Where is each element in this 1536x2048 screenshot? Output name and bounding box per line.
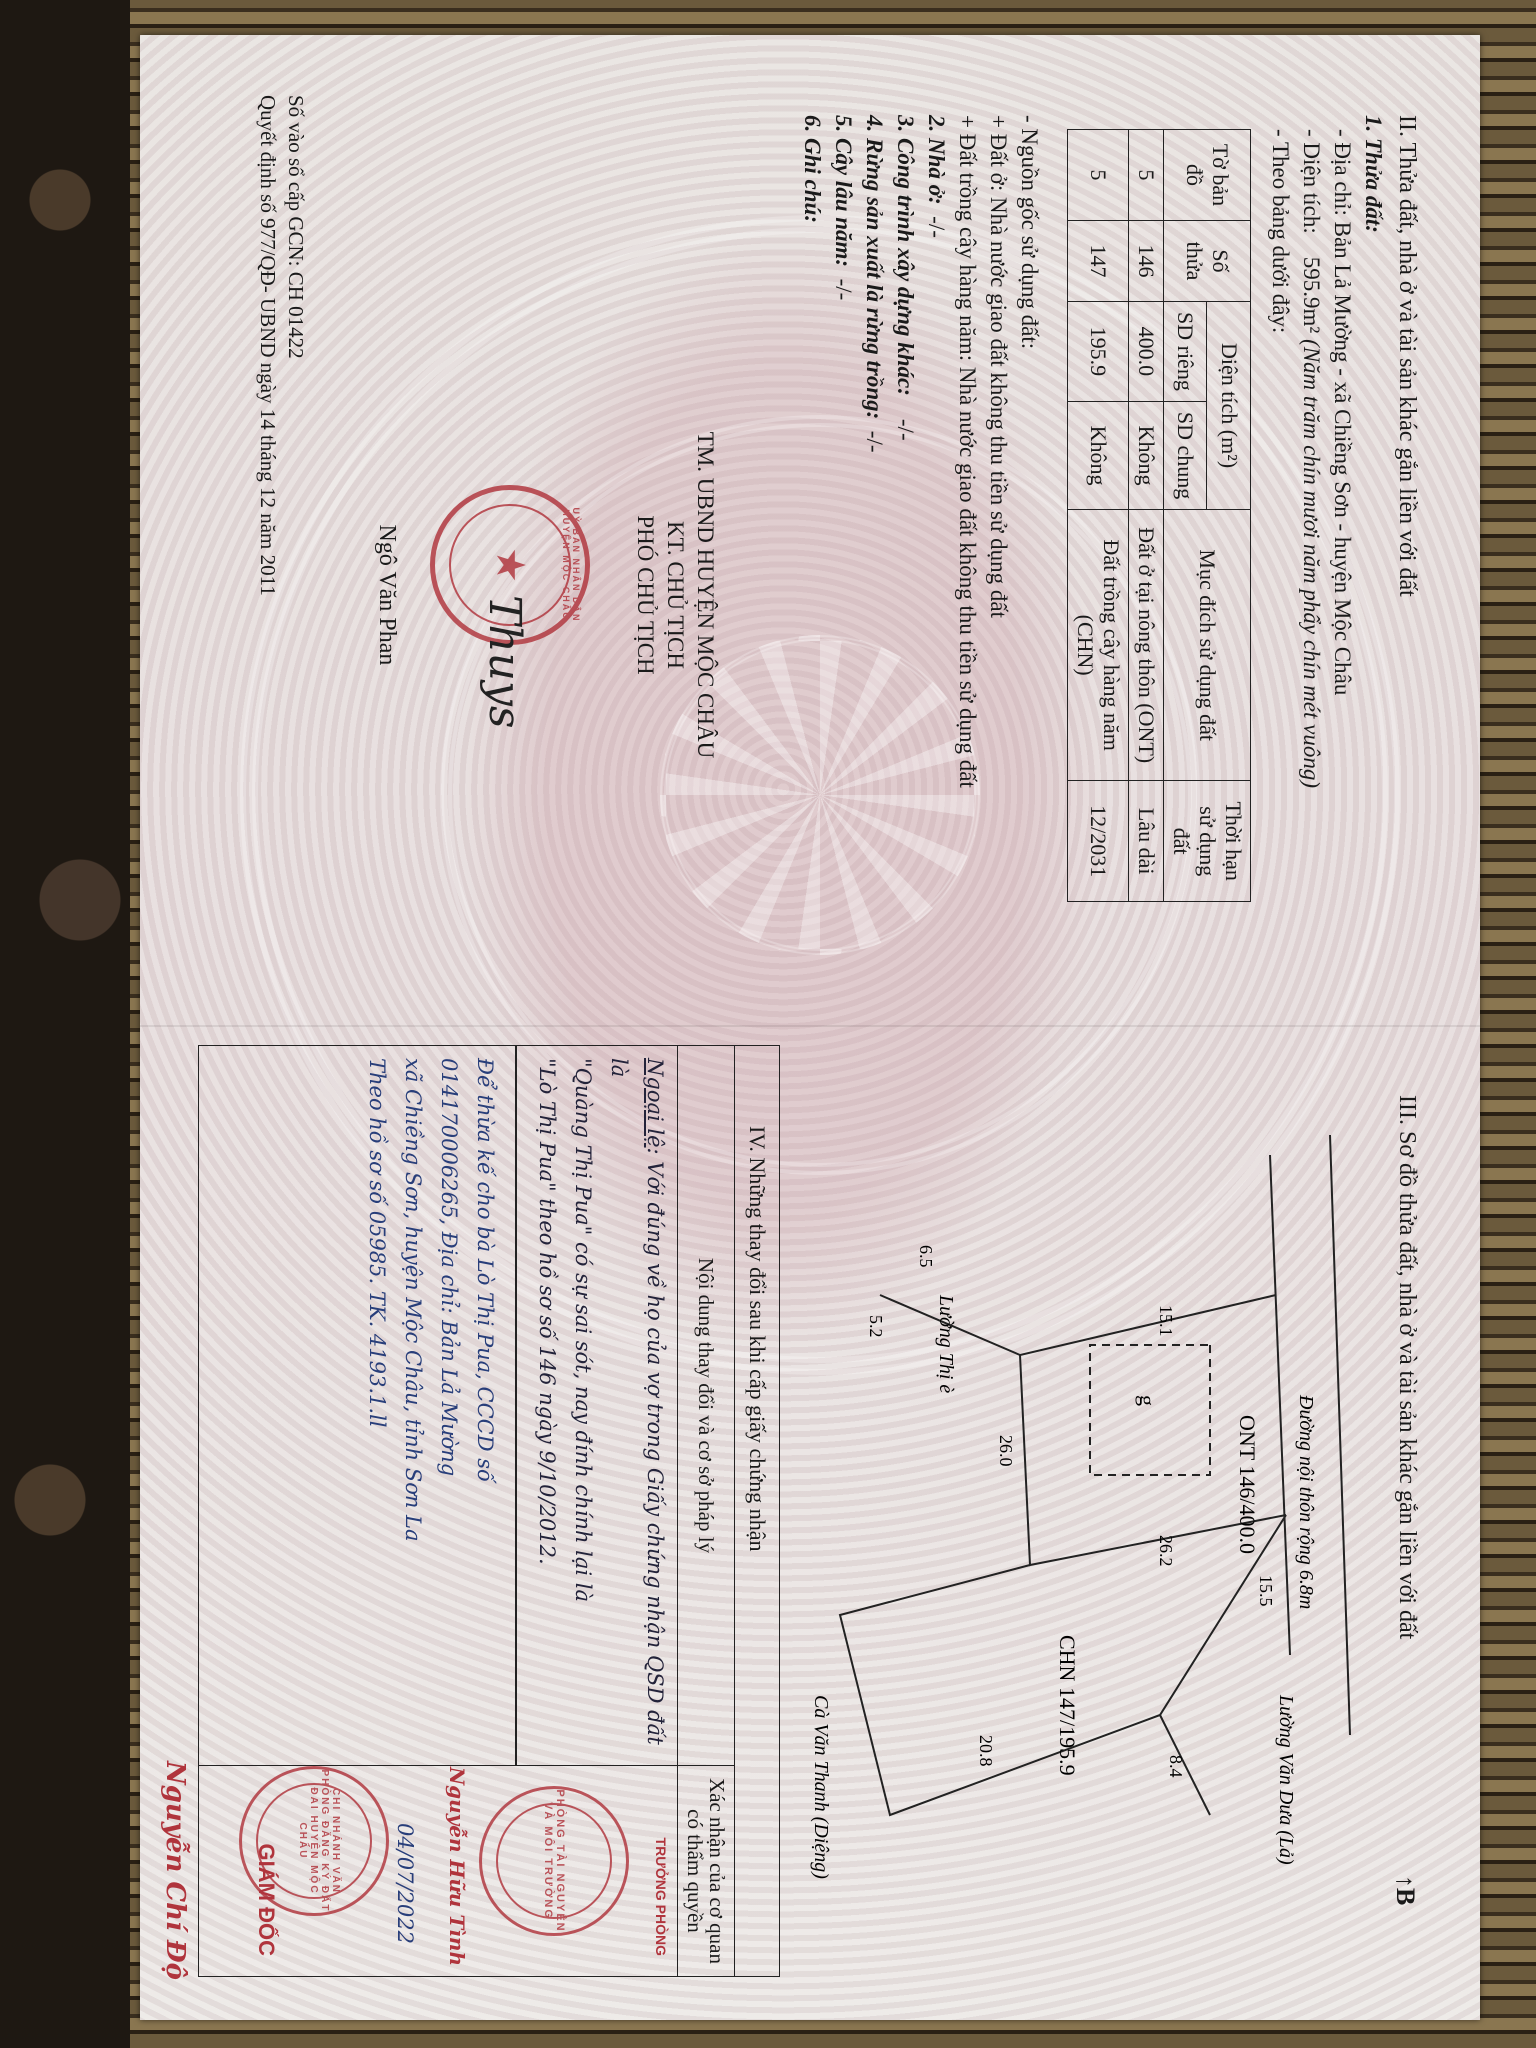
header-term: Thời hạn sử dụng đất	[1164, 781, 1251, 902]
table-intro: - Theo bảng dưới đây:	[1265, 115, 1296, 995]
parcel-diagram: g Đường nội thôn rộng 6.8m Lường Thị è L…	[800, 1095, 1360, 1975]
sign-on-behalf: KT. CHỦ TỊCH	[660, 385, 690, 805]
entry-prefix: Ngoại lệ	[643, 1058, 667, 1148]
entry-divider	[516, 1046, 518, 1765]
cell-map-sheet: 5	[1129, 130, 1164, 221]
section-iv: IV. Những thay đổi sau khi cấp giấy chứn…	[198, 1045, 780, 1977]
carpet-background	[0, 0, 150, 2048]
cell-common-use: Không	[1068, 401, 1129, 509]
stamp-text: PHÒNG TÀI NGUYÊN VÀ MÔI TRƯỜNG	[542, 1789, 566, 1933]
neighbor-top: Lường Thị è	[935, 1294, 957, 1393]
item-label: 2. Nhà ở:	[924, 115, 949, 205]
decision-ref: Quyết định số 977/QĐ- UBND ngày 14 tháng…	[254, 95, 282, 596]
north-label: B	[1391, 1888, 1420, 1905]
header-private-use: SD riêng	[1164, 302, 1208, 402]
signer-name: Ngô Văn Phan	[373, 385, 400, 805]
confirm1-signer: Nguyễn Hữu Tình	[445, 1767, 469, 1966]
svg-text:15.5: 15.5	[1256, 1575, 1276, 1607]
address-value: Bản Lả Mường - xã Chiềng Sơn - huyện Mộc…	[1330, 222, 1355, 696]
svg-text:6.5: 6.5	[916, 1245, 936, 1268]
section-iii-title: III. Sơ đồ thửa đất, nhà ở và tài sản kh…	[1393, 1095, 1420, 1975]
header-area: Diện tích (m²)	[1207, 302, 1251, 510]
confirm2-office: GIÁM ĐỐC	[253, 1844, 279, 1956]
cell-term: Lâu dài	[1129, 781, 1164, 902]
parcel-146-label: ONT 146/400.0	[1235, 1415, 1260, 1554]
section-iii: III. Sơ đồ thửa đất, nhà ở và tài sản kh…	[1389, 1095, 1420, 1975]
area-line: - Diện tích: 595.9m² (Năm trăm chín mươi…	[1296, 115, 1327, 995]
entry-line: "Quàng Thị Pua" có sự sai sót, nay đính …	[571, 1058, 595, 1602]
column-content-header: Nội dung thay đổi và cơ sở pháp lý	[678, 1046, 734, 1766]
item-label: 4. Rừng sản xuất là rừng trồng:	[862, 115, 887, 419]
parcel-diagram-svg: g Đường nội thôn rộng 6.8m Lường Thị è L…	[800, 1095, 1360, 1975]
change-entry-2: Để thừa kế cho bà Lò Thị Pua, CCCD số 01…	[354, 1046, 510, 1765]
item-label: 6. Ghi chú:	[800, 115, 825, 223]
svg-text:20.8: 20.8	[976, 1735, 996, 1767]
confirm1-office: TRƯỞNG PHÒNG	[653, 1838, 669, 1956]
entry-line: 014170006265, Địa chỉ: Bản Lả Mường	[438, 1058, 462, 1476]
sign-org: TM. UBND HUYỆN MỘC CHÂU	[690, 385, 720, 805]
registry-info: Số vào sổ cấp GCN: CH 01422 Quyết định s…	[254, 95, 310, 596]
changes-content: Ngoại lệ: Với đúng về họ của vợ trong Gi…	[199, 1046, 679, 1766]
column-confirm-header: Xác nhận của cơ quan có thẩm quyền	[678, 1766, 734, 1976]
section-iv-title: IV. Những thay đổi sau khi cấp giấy chứn…	[734, 1046, 779, 1976]
address-line: - Địa chỉ: Bản Lả Mường - xã Chiềng Sơn …	[1327, 115, 1358, 995]
table-row: 5 147 195.9 Không Đất trồng cây hàng năm…	[1068, 130, 1129, 902]
origin-line: + Đất trồng cây hàng năm: Nhà nước giao …	[952, 115, 983, 995]
signature-block: TM. UBND HUYỆN MỘC CHÂU KT. CHỦ TỊCH PHÓ…	[630, 385, 720, 805]
cell-parcel-no: 147	[1068, 221, 1129, 302]
header-parcel-no: Số thửa	[1164, 221, 1251, 302]
entry-line: Theo hồ sơ số 05985. TK. 4193.1.ll	[366, 1058, 390, 1428]
svg-text:5.2: 5.2	[866, 1315, 886, 1338]
area-words: (Năm trăm chín mươi năm phẩy chín mét vu…	[1299, 339, 1324, 788]
confirm2-signer: Nguyễn Chí Độ	[160, 1761, 190, 1980]
parcel-147-label: CHN 147/195.9	[1055, 1635, 1080, 1776]
header-common-use: SD chung	[1164, 401, 1208, 509]
table-row: 5 146 400.0 Không Đất ở tại nông thôn (O…	[1129, 130, 1164, 902]
origin-line: + Đất ở: Nhà nước giao đất không thu tiề…	[983, 115, 1014, 995]
item-value: -/-	[924, 216, 949, 238]
svg-text:26.0: 26.0	[996, 1435, 1016, 1467]
item-label: 3. Công trình xây dựng khác:	[893, 115, 918, 396]
neighbor-bottom: Lường Văn Dưa (Lả)	[1275, 1694, 1297, 1865]
change-entry-1: Ngoại lệ: Với đúng về họ của vợ trong Gi…	[523, 1046, 679, 1765]
tnmt-stamp: PHÒNG TÀI NGUYÊN VÀ MÔI TRƯỜNG	[479, 1786, 629, 1936]
certificate-page: II. Thửa đất, nhà ở và tài sản khác gắn …	[140, 35, 1480, 2020]
cell-purpose: Đất trồng cây hàng năm (CHN)	[1068, 510, 1129, 781]
book-entry: Số vào sổ cấp GCN: CH 01422	[282, 95, 310, 596]
parcel-table: Tờ bản đồ Số thửa Diện tích (m²) Mục đíc…	[1067, 129, 1251, 902]
cell-map-sheet: 5	[1068, 130, 1129, 221]
sign-title: PHÓ CHỦ TỊCH	[630, 385, 660, 805]
cell-common-use: Không	[1129, 401, 1164, 509]
svg-text:15.1: 15.1	[1156, 1305, 1176, 1337]
confirm2-date: 04/07/2022	[381, 1811, 429, 1956]
svg-text:8.4: 8.4	[1166, 1755, 1186, 1778]
road-label: Đường nội thôn rộng 6.8m	[1295, 1394, 1317, 1609]
handwritten-signature: Thuys	[479, 595, 530, 728]
entry-line: "Lò Thị Pua" theo hồ sơ số 146 ngày 9/10…	[535, 1058, 559, 1565]
cell-term: 12/2031	[1068, 781, 1129, 902]
cell-parcel-no: 146	[1129, 221, 1164, 302]
item-label: 5. Cây lâu năm:	[831, 115, 856, 267]
cell-purpose: Đất ở tại nông thôn (ONT)	[1129, 510, 1164, 781]
cell-private-use: 400.0	[1129, 302, 1164, 402]
stamp-text: CHI NHÁNH VĂN PHÒNG ĐĂNG KÝ ĐẤT ĐAI HUYỆ…	[297, 1769, 341, 1913]
item-value: -/-	[862, 431, 887, 453]
address-label: - Địa chỉ:	[1330, 129, 1355, 216]
origin-title: - Nguồn gốc sử dụng đất:	[1014, 115, 1045, 995]
svg-text:26.2: 26.2	[1156, 1535, 1176, 1567]
area-label: - Diện tích:	[1299, 129, 1324, 234]
item-value: -/-	[893, 419, 918, 441]
section-iv-columns: Nội dung thay đổi và cơ sở pháp lý Xác n…	[677, 1046, 734, 1976]
section-ii: II. Thửa đất, nhà ở và tài sản khác gắn …	[797, 115, 1420, 995]
page-fold	[140, 1025, 1480, 1027]
entry-line: Để thừa kế cho bà Lò Thị Pua, CCCD số	[474, 1058, 498, 1482]
north-arrow-icon: ↑B	[1390, 1875, 1420, 1905]
entry-line: xã Chiềng Sơn, huyện Mộc Châu, tỉnh Sơn …	[402, 1058, 426, 1542]
area-value: 595.9m²	[1299, 257, 1324, 334]
parcel-subtitle: 1. Thửa đất:	[1358, 115, 1389, 995]
header-purpose: Mục đích sử dụng đất	[1164, 510, 1251, 781]
stamp-text: UỶ BAN NHÂN DÂN HUYỆN MỘC CHÂU	[561, 490, 581, 640]
section-ii-title: II. Thửa đất, nhà ở và tài sản khác gắn …	[1393, 115, 1420, 995]
item-value: -/-	[831, 279, 856, 301]
house-label: g	[1135, 1395, 1160, 1406]
cell-private-use: 195.9	[1068, 302, 1129, 402]
neighbor-right: Cà Văn Thanh (Diệng)	[810, 1695, 832, 1879]
entry-line: Với đúng về họ của vợ trong Giấy chứng n…	[607, 1058, 667, 1745]
header-map-sheet: Tờ bản đồ	[1164, 130, 1251, 221]
certificate-photo: II. Thửa đất, nhà ở và tài sản khác gắn …	[140, 35, 1480, 2020]
